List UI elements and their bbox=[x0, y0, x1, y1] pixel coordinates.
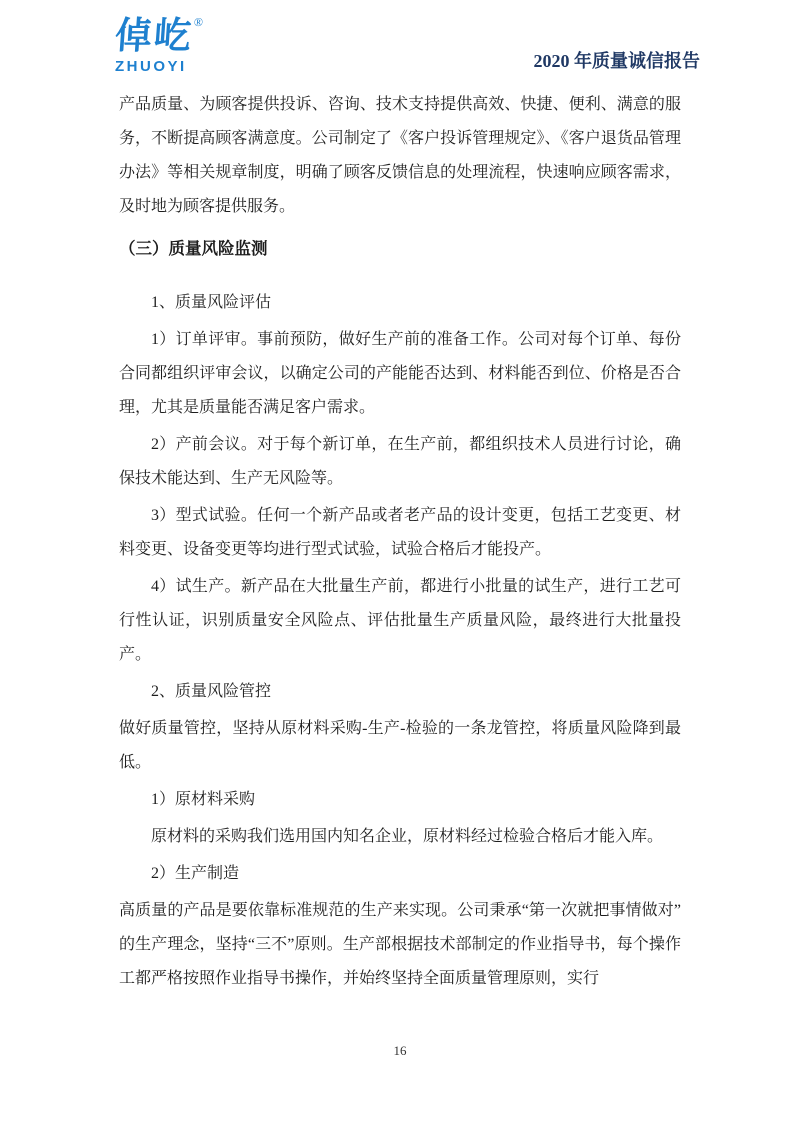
report-page: 倬屹® ZHUOYI 2020 年质量诚信报告 产品质量、为顾客提供投诉、咨询、… bbox=[0, 0, 800, 1131]
body-paragraph: 1、质量风险评估 bbox=[119, 286, 681, 320]
body-paragraph: 2）产前会议。对于每个新订单，在生产前，都组织技术人员进行讨论，确保技术能达到、… bbox=[119, 428, 681, 496]
body-paragraph: 1）原材料采购 bbox=[119, 783, 681, 817]
page-number: 16 bbox=[394, 1043, 407, 1058]
document-body: 产品质量、为顾客提供投诉、咨询、技术支持提供高效、快捷、便利、满意的服务，不断提… bbox=[119, 88, 681, 999]
body-paragraph: 2）生产制造 bbox=[119, 857, 681, 891]
page-footer: 16 bbox=[0, 1043, 800, 1059]
body-paragraph: 产品质量、为顾客提供投诉、咨询、技术支持提供高效、快捷、便利、满意的服务，不断提… bbox=[119, 88, 681, 224]
registered-trademark-icon: ® bbox=[193, 15, 203, 29]
body-paragraph: 2、质量风险管控 bbox=[119, 675, 681, 709]
body-paragraph: 做好质量管控，坚持从原材料采购-生产-检验的一条龙管控，将质量风险降到最低。 bbox=[119, 712, 681, 780]
section-heading: （三）质量风险监测 bbox=[119, 232, 681, 266]
body-paragraph: 1）订单评审。事前预防，做好生产前的准备工作。公司对每个订单、每份合同都组织评审… bbox=[119, 323, 681, 425]
body-paragraph: 3）型式试验。任何一个新产品或者老产品的设计变更，包括工艺变更、材料变更、设备变… bbox=[119, 499, 681, 567]
body-paragraph: 高质量的产品是要依靠标准规范的生产来实现。公司秉承“第一次就把事情做对”的生产理… bbox=[119, 894, 681, 996]
company-logo: 倬屹® ZHUOYI bbox=[115, 16, 202, 74]
body-paragraph: 原材料的采购我们选用国内知名企业，原材料经过检验合格后才能入库。 bbox=[119, 820, 681, 854]
logo-chinese-text: 倬屹 bbox=[113, 16, 194, 57]
body-paragraph: 4）试生产。新产品在大批量生产前，都进行小批量的试生产，进行工艺可行性认证，识别… bbox=[119, 570, 681, 672]
logo-latin-wordmark: ZHUOYI bbox=[115, 59, 202, 74]
logo-chinese-wordmark: 倬屹® bbox=[114, 16, 204, 55]
page-header: 倬屹® ZHUOYI 2020 年质量诚信报告 bbox=[115, 16, 700, 74]
report-title: 2020 年质量诚信报告 bbox=[534, 47, 701, 73]
